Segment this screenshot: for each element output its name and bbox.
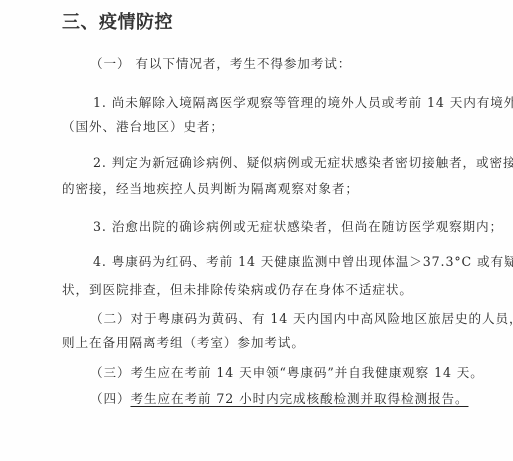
section-heading: 三、疫情防控 xyxy=(62,8,173,34)
paragraph-1-line-1: （一） 有以下情况者，考生不得参加考试： xyxy=(90,53,351,72)
paragraph-4-underlined-text: 考生应在考前 72 小时内完成核酸检测并取得检测报告。 xyxy=(130,391,468,406)
paragraph-4-prefix: （四） xyxy=(90,391,130,406)
item-2-line-2: 的密接，经当地疾控人员判断为隔离观察对象者； xyxy=(62,178,359,197)
item-1-line-2: （国外、港台地区）史者； xyxy=(62,116,224,135)
document-page: 三、疫情防控 （一） 有以下情况者，考生不得参加考试： 1. 尚未解除入境隔离医… xyxy=(0,0,513,461)
item-4-line-2: 状，到医院排查，但未排除传染病或仍存在身体不适症状。 xyxy=(62,279,413,298)
paragraph-2-line-1: （二）对于粤康码为黄码、有 14 天内国内中高风险地区旅居史的人员，原 xyxy=(90,308,513,327)
paragraph-2-line-2: 则上在备用隔离考组（考室）参加考试。 xyxy=(62,332,305,351)
item-1-line-1: 1. 尚未解除入境隔离医学观察等管理的境外人员或考前 14 天内有境外 xyxy=(93,92,513,111)
item-2-line-1: 2. 判定为新冠确诊病例、疑似病例或无症状感染者密切接触者，或密接 xyxy=(93,152,513,171)
item-3-line-1: 3. 治愈出院的确诊病例或无症状感染者，但尚在随访医学观察期内； xyxy=(93,216,503,235)
paragraph-4-line-1: （四）考生应在考前 72 小时内完成核酸检测并取得检测报告。 xyxy=(90,388,468,407)
paragraph-3-line-1: （三）考生应在考前 14 天申领“粤康码”并自我健康观察 14 天。 xyxy=(90,362,484,381)
item-4-line-1: 4. 粤康码为红码、考前 14 天健康监测中曾出现体温＞37.3°C 或有疑似症 xyxy=(93,251,513,270)
